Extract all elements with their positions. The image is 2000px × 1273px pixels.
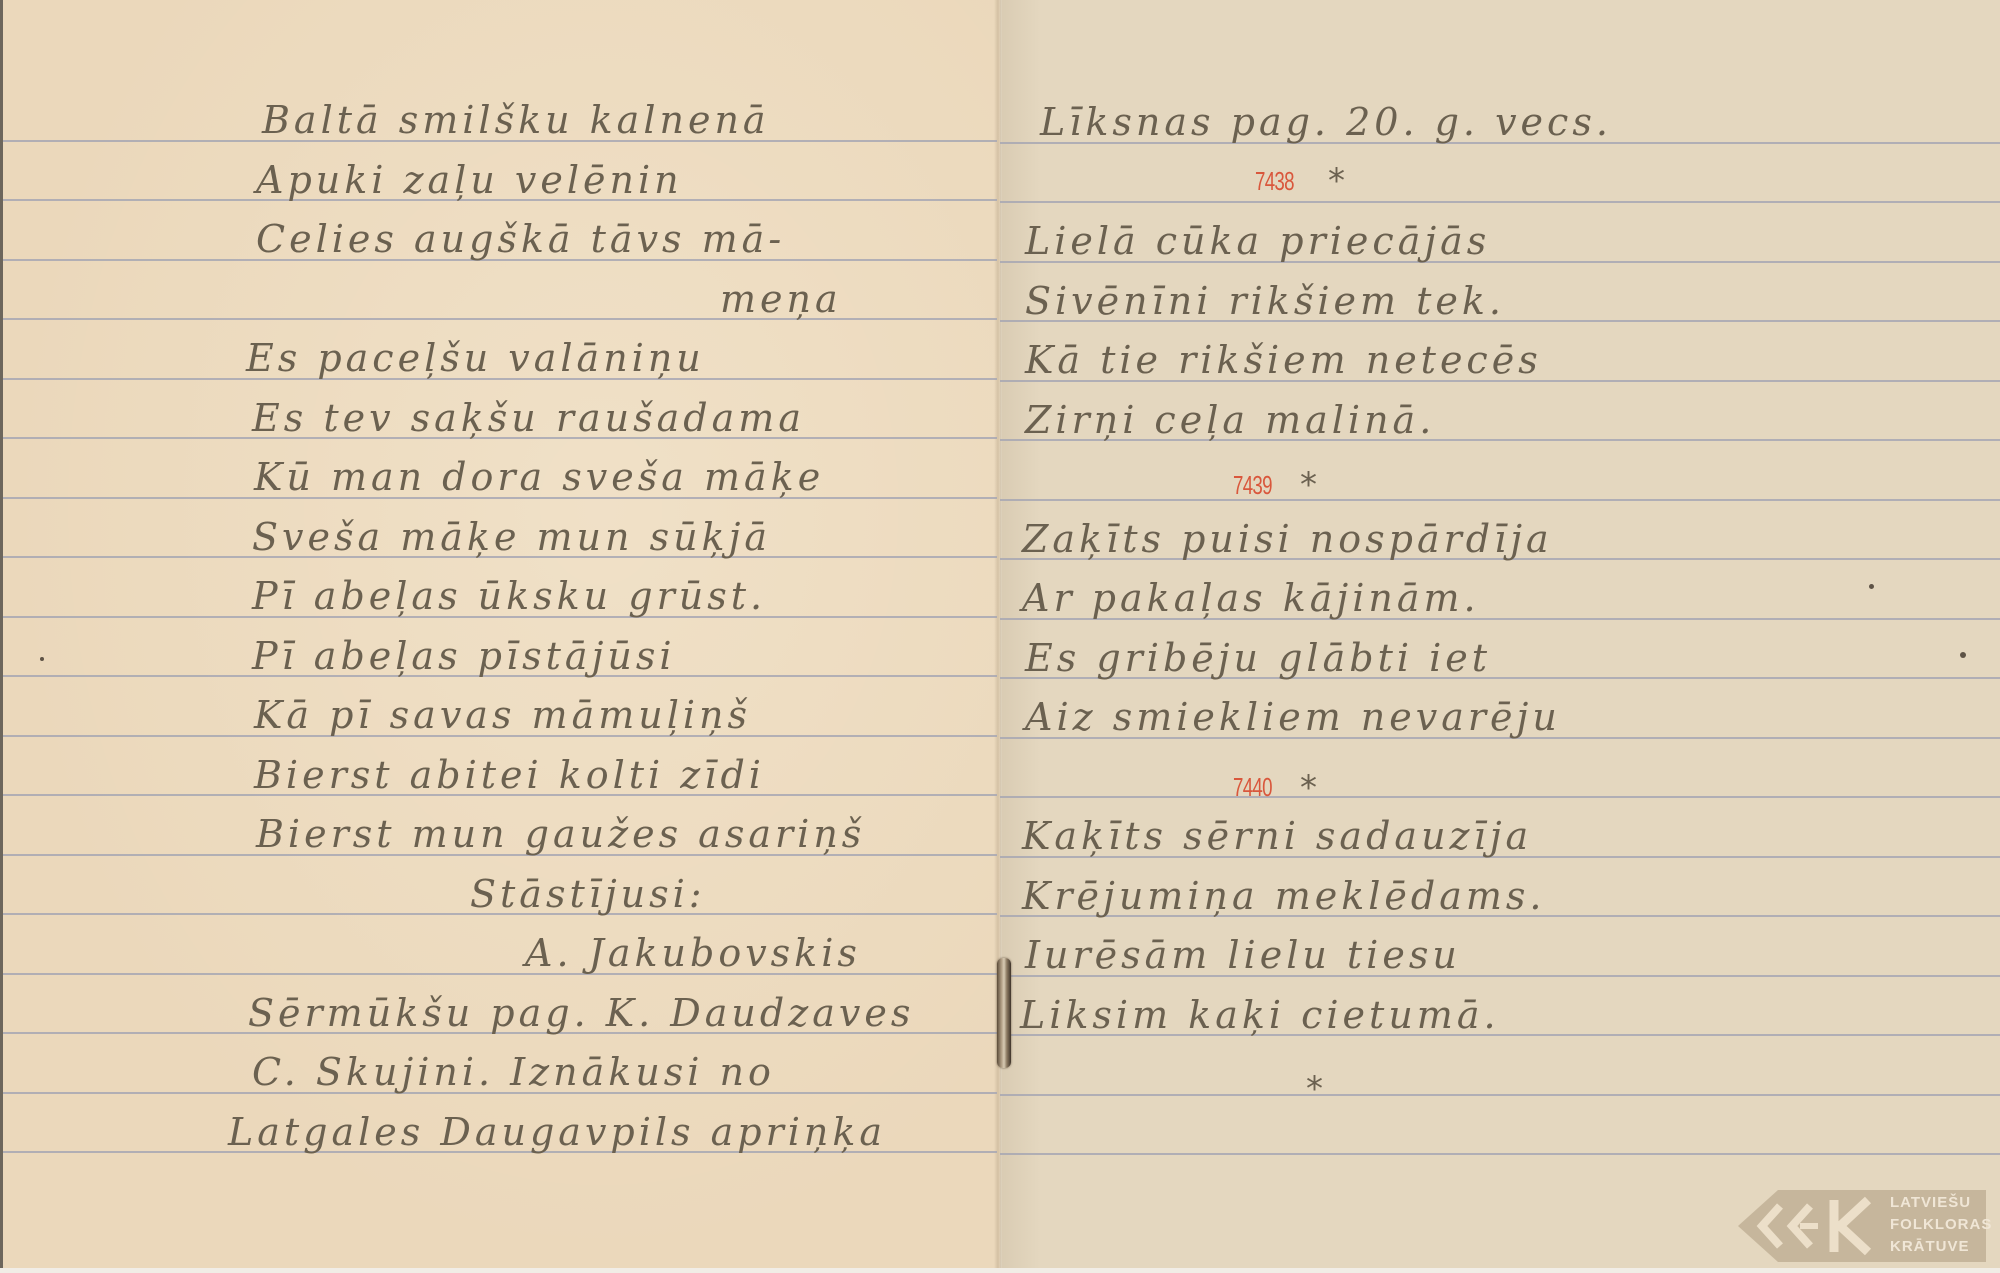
header-line: Līksnas pag. 20. g. vecs. xyxy=(1040,102,1612,142)
location-line: Latgales Daugavpils apriņķa xyxy=(228,1112,886,1152)
poem-line: Sveša māķe mun sūķjā xyxy=(252,517,771,557)
poem-line: Pī abeļas pīstājūsi xyxy=(252,636,675,676)
poem-line: Bierst mun gaužes asariņš xyxy=(256,814,865,854)
poem-line: Kū man dora sveša māķe xyxy=(254,457,824,497)
song-line: Zirņi ceļa malinā. xyxy=(1025,400,1435,440)
poem-line: Es tev saķšu raušadama xyxy=(252,398,805,438)
song-line: Iurēsām lielu tiesu xyxy=(1025,935,1461,975)
logo-text: LATVIEŠU FOLKLORAS KRĀTUVE xyxy=(1890,1192,1992,1258)
asterisk-mark: * xyxy=(1300,468,1317,502)
poem-line: Pī abeļas ūksku grūst. xyxy=(252,576,766,616)
song-line: Ar pakaļas kājinām. xyxy=(1022,578,1480,618)
staple xyxy=(997,958,1011,1068)
asterisk-mark: * xyxy=(1328,164,1345,198)
poem-line: Bierst abitei kolti zīdi xyxy=(254,755,765,795)
catalog-number: 7439 xyxy=(1233,470,1272,501)
asterisk-mark: * xyxy=(1300,771,1317,805)
logo-line-3: KRĀTUVE xyxy=(1890,1236,1992,1258)
song-line: Aiz smiekliem nevarēju xyxy=(1025,697,1561,737)
logo-line-2: FOLKLORAS xyxy=(1890,1214,1992,1236)
paper-speck xyxy=(1869,584,1874,589)
song-line: Lielā cūka priecājās xyxy=(1025,221,1490,261)
scan-edge xyxy=(0,1268,2000,1273)
song-line: Krējumiņa meklēdams. xyxy=(1022,876,1545,916)
folklore-archive-logo: LATVIEŠU FOLKLORAS KRĀTUVE xyxy=(1738,1190,1986,1262)
song-line: Liksim kaķi cietumā. xyxy=(1020,995,1500,1035)
poem-line: Kā pī savas māmuļiņš xyxy=(254,695,751,735)
logo-line-1: LATVIEŠU xyxy=(1890,1192,1992,1214)
song-line: Kā tie rikšiem netecēs xyxy=(1025,340,1542,380)
spine-gutter xyxy=(994,0,1002,1268)
narrator-label: Stāstījusi: xyxy=(470,874,706,914)
song-line: Sivēnīni rikšiem tek. xyxy=(1025,281,1505,321)
catalog-number: 7440 xyxy=(1233,772,1272,803)
right-page xyxy=(1000,0,2000,1268)
location-line: C. Skujini. Iznākusi no xyxy=(252,1052,775,1092)
poem-line: Es paceļšu valāniņu xyxy=(246,338,705,378)
poem-line: meņa xyxy=(720,279,842,319)
catalog-number: 7438 xyxy=(1255,166,1294,197)
paper-speck xyxy=(1960,652,1966,658)
location-line: Sērmūkšu pag. K. Daudzaves xyxy=(248,993,914,1033)
end-asterisk-mark: * xyxy=(1306,1072,1323,1106)
poem-line: Celies augškā tāvs mā- xyxy=(256,219,785,259)
poem-line: Baltā smilšku kalnenā xyxy=(262,100,770,140)
song-line: Kaķīts sērni sadauzīja xyxy=(1022,816,1532,856)
song-line: Es gribēju glābti iet xyxy=(1025,638,1491,678)
song-line: Zaķīts puisi nospārdīja xyxy=(1022,519,1553,559)
poem-line: Apuki zaļu velēnin xyxy=(256,160,683,200)
narrator-name: A. Jakubovskis xyxy=(525,933,861,973)
paper-speck xyxy=(40,657,44,661)
